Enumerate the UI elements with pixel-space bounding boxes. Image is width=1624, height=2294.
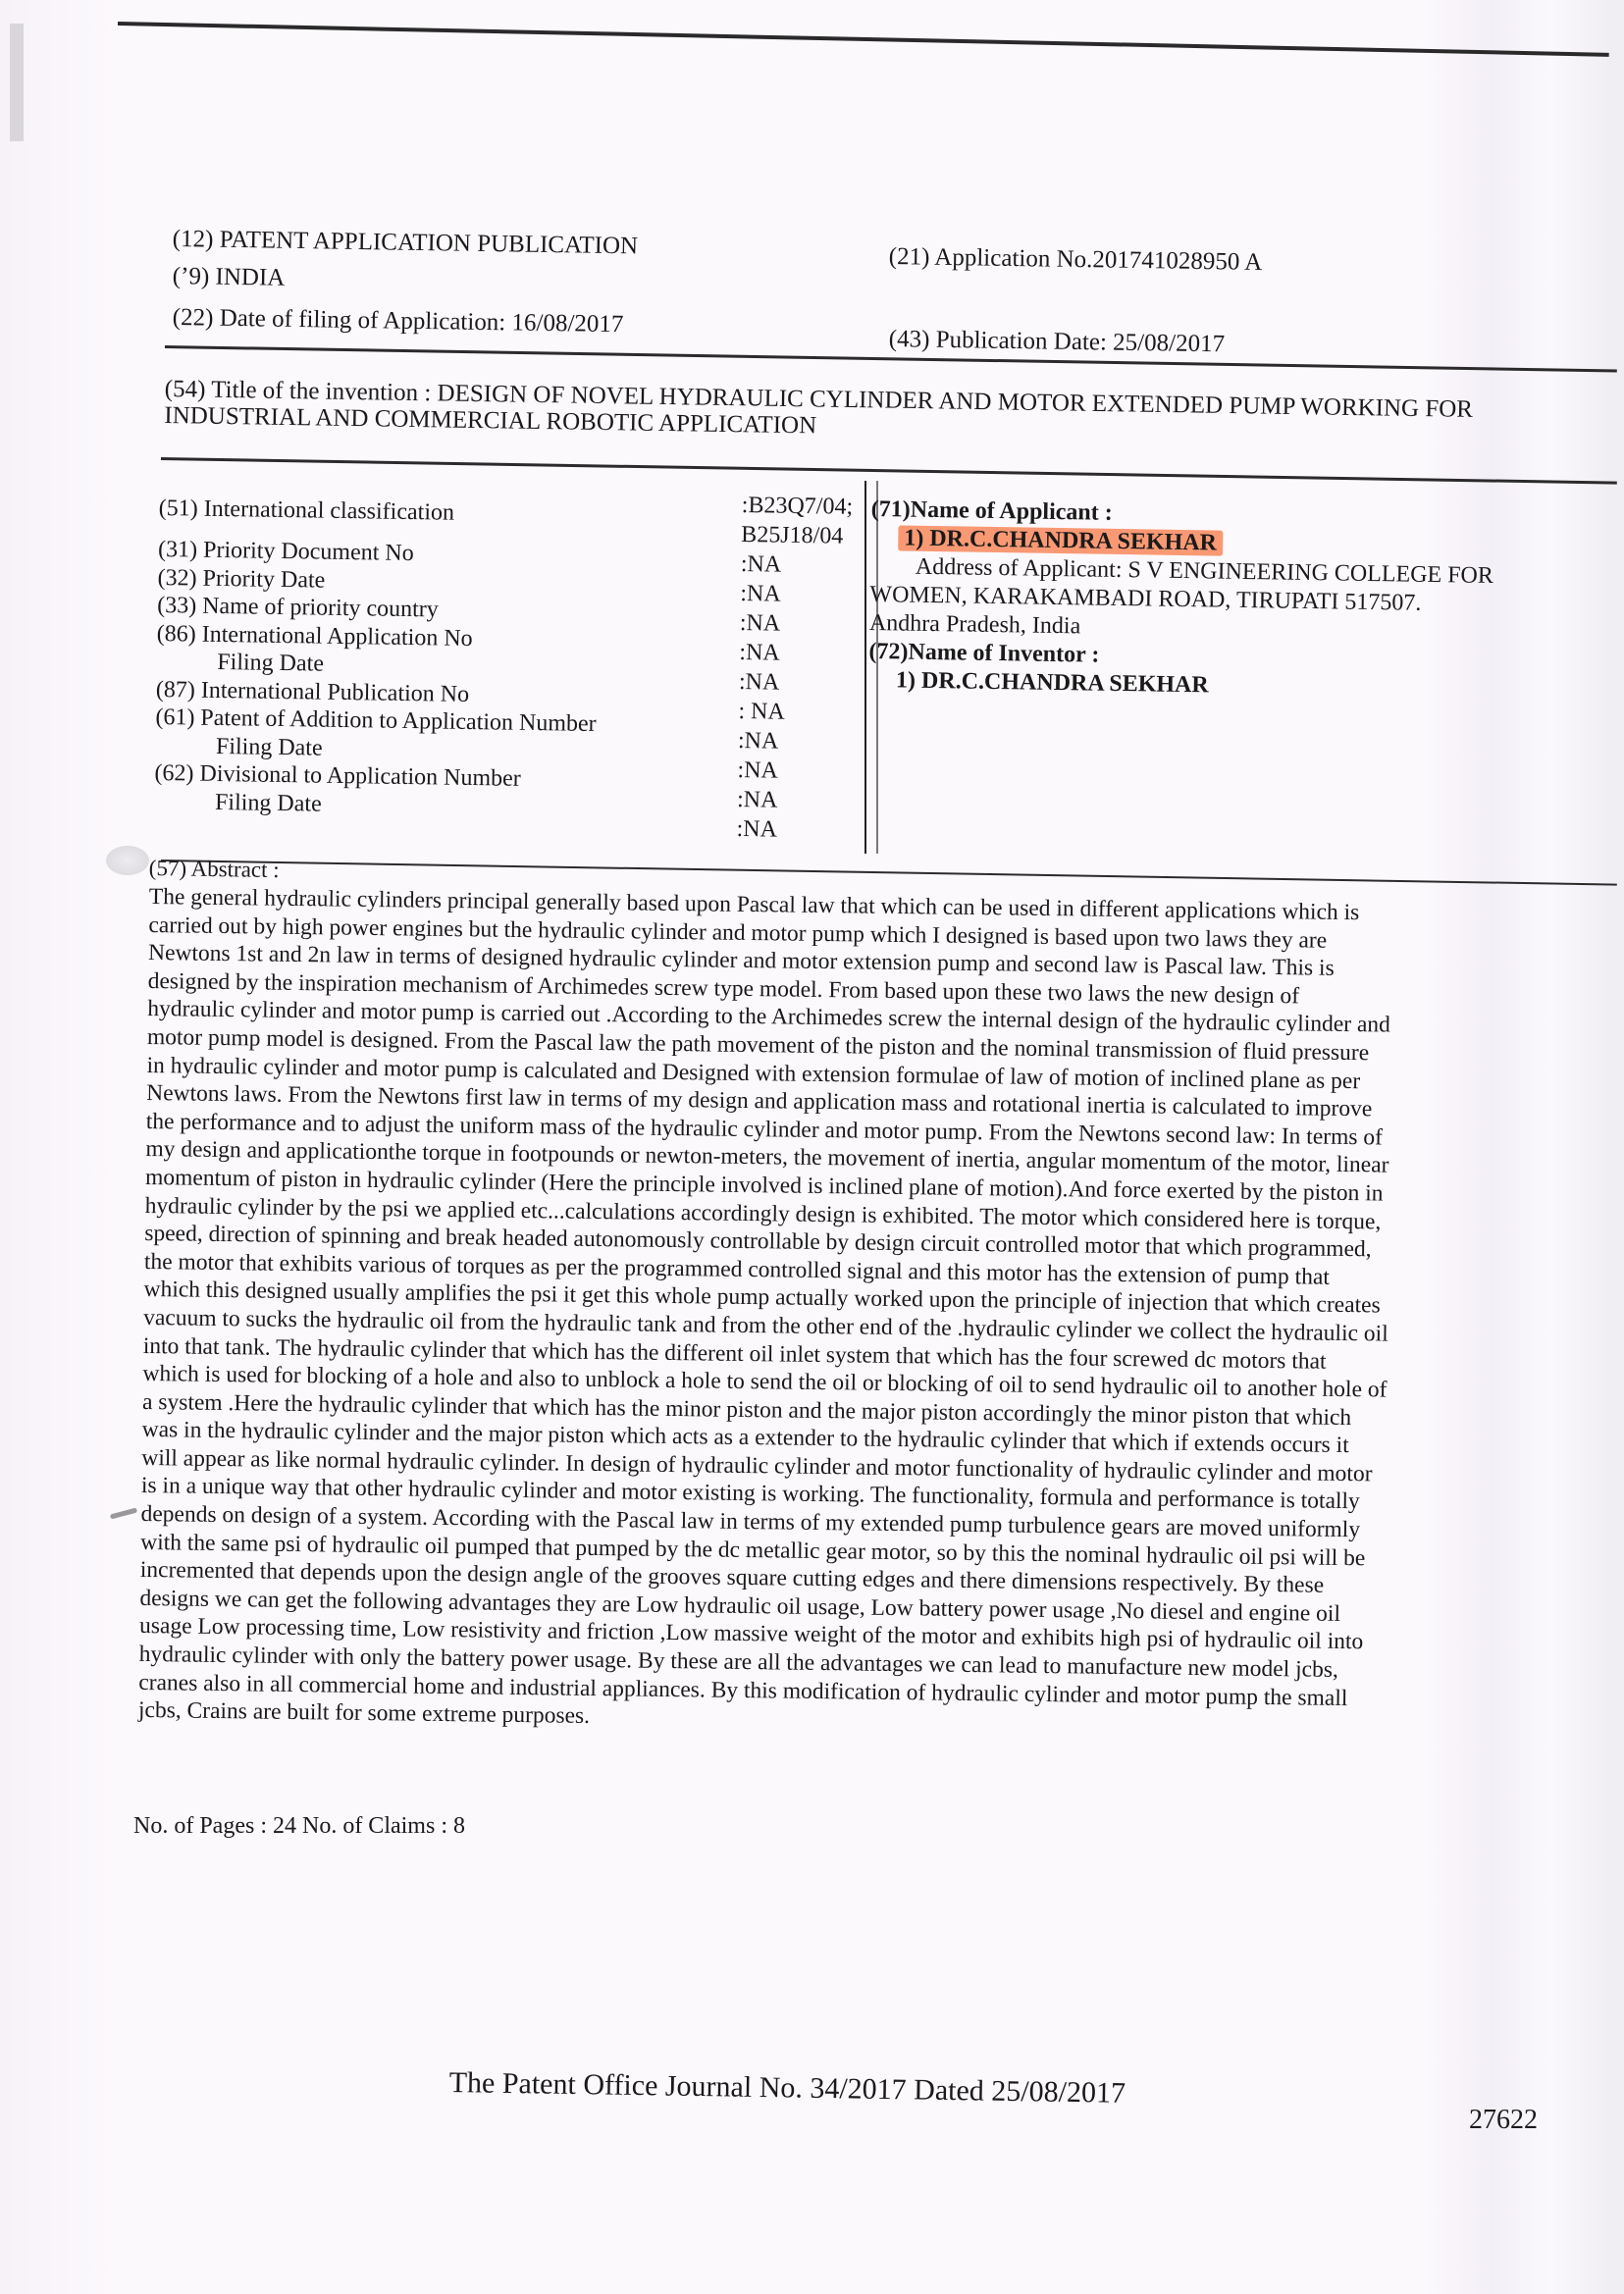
applicant-name: 1) DR.C.CHANDRA SEKHAR	[898, 525, 1223, 555]
pages-claims: No. of Pages : 24 No. of Claims : 8	[133, 1813, 465, 1840]
biblio-value: B25J18/04	[741, 520, 853, 551]
abstract-label: (57) Abstract :	[149, 856, 280, 883]
biblio-value: :NA	[738, 726, 850, 757]
biblio-value: :NA	[739, 667, 851, 699]
biblio-value: :NA	[740, 579, 852, 610]
biblio-value: :B23Q7/04;	[742, 491, 854, 522]
biblio-value: :NA	[739, 638, 851, 669]
biblio-value: :NA	[740, 608, 852, 640]
bibliographic-labels: (51) International classification(31) Pr…	[154, 495, 600, 822]
title-rule	[161, 457, 1617, 485]
doc-type: (12) PATENT APPLICATION PUBLICATION	[173, 226, 639, 260]
biblio-rule	[161, 860, 1617, 886]
applicant-block: (71)Name of Applicant : 1) DR.C.CHANDRA …	[868, 495, 1494, 704]
top-rule	[118, 22, 1609, 57]
invention-title: (54) Title of the invention : DESIGN OF …	[164, 376, 1598, 451]
biblio-value: :NA	[737, 756, 849, 787]
abstract-body: The general hydraulic cylinders principa…	[138, 883, 1543, 1743]
biblio-value: :NA	[737, 785, 849, 816]
scan-edge	[10, 24, 24, 141]
scanned-page: (12) PATENT APPLICATION PUBLICATION (ʼ9)…	[0, 0, 1624, 2294]
page-number: 27622	[1469, 2105, 1538, 2136]
scan-blot	[106, 846, 149, 875]
bibliographic-values: :B23Q7/04;B25J18/04:NA:NA:NA:NA:NA: NA:N…	[736, 491, 853, 846]
biblio-value: :NA	[741, 549, 853, 581]
application-number: (21) Application No.201741028950 A	[889, 243, 1263, 277]
column-separator-1	[864, 481, 866, 854]
journal-footer: The Patent Office Journal No. 34/2017 Da…	[448, 2066, 1126, 2111]
pen-mark	[110, 1507, 137, 1519]
biblio-value: :NA	[736, 814, 848, 846]
biblio-label: Filing Date	[154, 787, 596, 822]
filing-date: (22) Date of filing of Application: 16/0…	[173, 304, 624, 339]
publication-date: (43) Publication Date: 25/08/2017	[889, 326, 1226, 358]
biblio-label: (51) International classification	[158, 495, 600, 543]
biblio-value: : NA	[738, 697, 850, 728]
country: (ʼ9) INDIA	[173, 263, 286, 292]
